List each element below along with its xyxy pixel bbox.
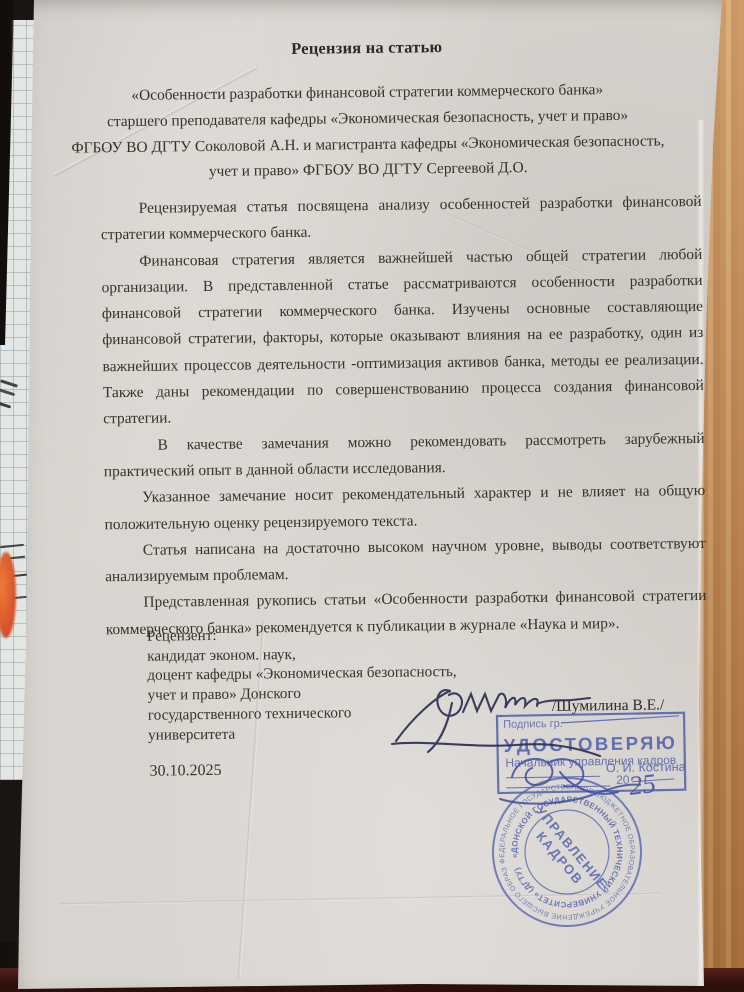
handwritten-year: 25 [627,768,657,801]
signature-zigzag [463,694,538,712]
certify-stamp-line [561,716,679,723]
signature-tail [537,698,590,704]
photo-of-review-document: Рецензия на статью «Особенности разработ… [0,0,744,992]
stamps-and-signatures-layer: Подпись гр. УДОСТОВЕРЯЮ Начальник управл… [0,0,744,992]
certify-stamp-sign-label: Подпись гр. [503,718,563,731]
certify-stamp-line [506,776,600,778]
